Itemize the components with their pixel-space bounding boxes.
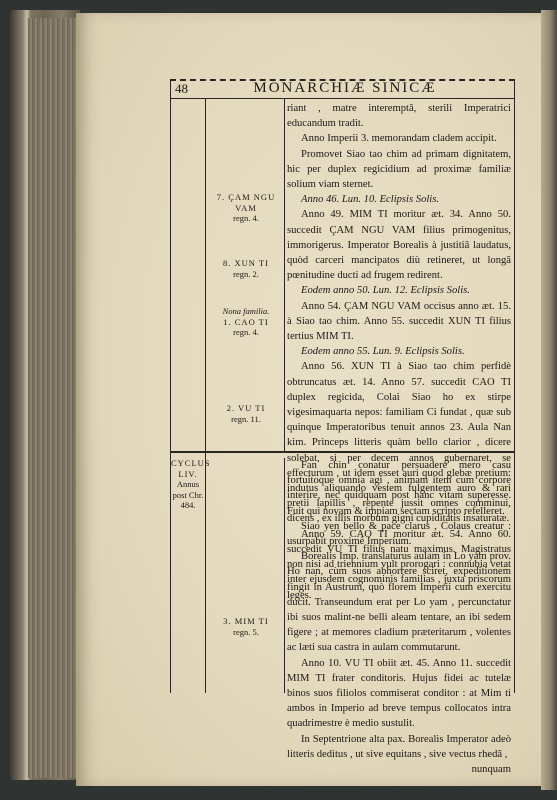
lower-text-column: Fan chin conatur persuadere mero casu fo…: [287, 458, 511, 777]
header-rule: [170, 98, 515, 99]
facing-page-edge: [541, 10, 557, 790]
emperor-name-cont: VAM: [207, 203, 285, 214]
paragraph: In Septentrione alta pax. Borealis Imper…: [287, 732, 511, 762]
emperor-name: 2. VU TI: [207, 403, 285, 414]
cycle-number: LIV.: [171, 469, 205, 480]
margin-note-emperor-2: 2. VU TI regn. 11.: [207, 403, 285, 424]
paragraph: Anno 54. ÇAM NGU VAM occisus anno æt. 15…: [287, 299, 511, 345]
reign-length: regn. 2.: [207, 269, 285, 280]
column-rule-left: [205, 98, 206, 451]
reign-length: regn. 4.: [207, 213, 285, 224]
margin-note-emperor-8: 8. XUN TI regn. 2.: [207, 258, 285, 279]
catchword: nunquam: [287, 762, 511, 777]
page-stack-edge: [28, 18, 76, 778]
emperor-name: 3. MIM TI: [207, 616, 285, 627]
paragraph: Anno 49. MIM TI moritur æt. 34. Anno 50.…: [287, 207, 511, 283]
paragraph: Anno Imperii 3. memorandam cladem accipi…: [287, 131, 511, 146]
emperor-name: 8. XUN TI: [207, 258, 285, 269]
column-rule-left-lower: [205, 451, 206, 693]
margin-note-family-9: Nona familia. 1. CAO TI regn. 4.: [207, 306, 285, 338]
paragraph: riant , matre interemptâ, sterili Impera…: [287, 101, 511, 131]
page-number: 48: [175, 81, 188, 97]
margin-note-cycle: CYCLUS LIV. Annus post Chr. 484.: [171, 458, 205, 511]
paragraph: Fan chin conatur persuadere mero casu fo…: [287, 458, 511, 519]
eclipse-note: Eodem anno 50. Lun. 12. Eclipsis Solis.: [287, 283, 511, 298]
era-label: post Chr.: [171, 490, 205, 501]
cycle-label: CYCLUS: [171, 458, 205, 469]
margin-note-emperor-7: 7. ÇAM NGU VAM regn. 4.: [207, 192, 285, 224]
column-rule-main-lower: [284, 458, 285, 693]
reign-length: regn. 4.: [207, 327, 285, 338]
family-label: Nona familia.: [207, 306, 285, 317]
paragraph: Anno 10. VU TI obiit æt. 45. Anno 11. su…: [287, 656, 511, 732]
eclipse-note: Anno 46. Lun. 10. Eclipsis Solis.: [287, 192, 511, 207]
year-label: Annus: [171, 479, 205, 490]
paragraph: Siao yen bello & pace clarus , Colaus cr…: [287, 519, 511, 549]
paragraph: Promovet Siao tao chim ad primam dignita…: [287, 147, 511, 193]
margin-note-emperor-3: 3. MIM TI regn. 5.: [207, 616, 285, 637]
emperor-name: 1. CAO TI: [207, 317, 285, 328]
reign-length: regn. 5.: [207, 627, 285, 638]
year-value: 484.: [171, 500, 205, 511]
emperor-name: 7. ÇAM NGU: [207, 192, 285, 203]
reign-length: regn. 11.: [207, 414, 285, 425]
paragraph: Borealis Imp. translaturus aulam in Lo y…: [287, 549, 511, 655]
running-head: MONARCHIÆ SINICÆ: [200, 80, 490, 97]
eclipse-note: Eodem anno 55. Lun. 9. Eclipsis Solis.: [287, 344, 511, 359]
